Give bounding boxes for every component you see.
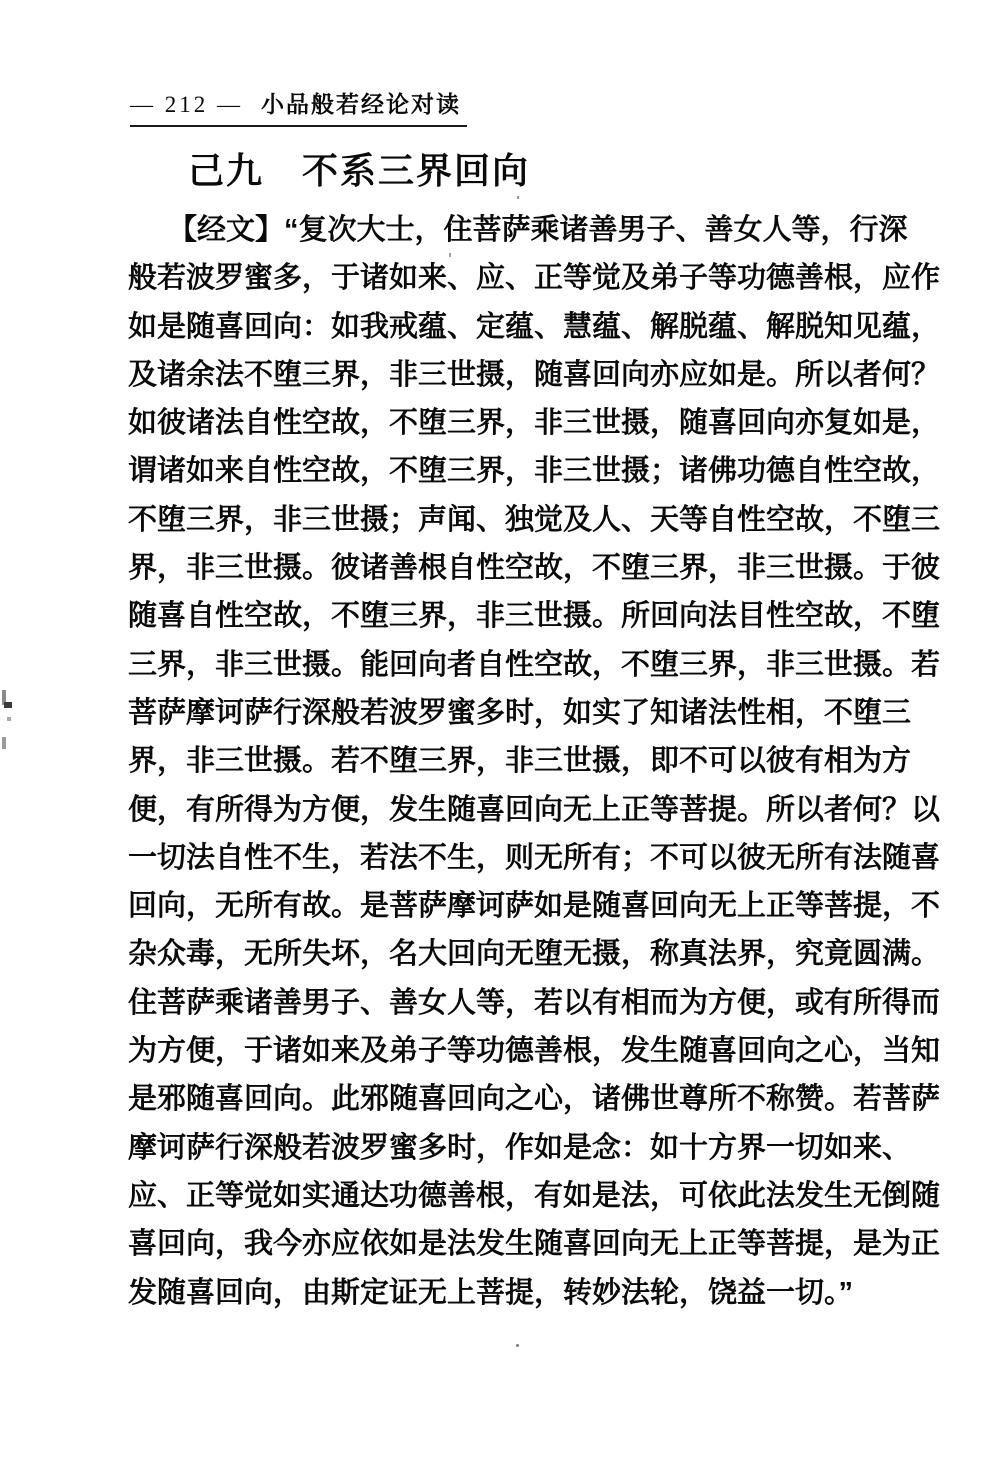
scan-artifact (7, 717, 11, 721)
page-number: — 212 — (130, 92, 243, 117)
text-line: 杂众毒，无所失坏，名大回向无堕无摄，称真法界，究竟圆满。 (128, 930, 885, 978)
text-line: 般若波罗蜜多，于诸如来、应、正等觉及弟子等功德善根，应作 (128, 254, 885, 302)
text-line: 应、正等觉如实通达功德善根，有如是法，可依此法发生无倒随 (128, 1172, 885, 1220)
text-line: 【经文】“复次大士，住菩萨乘诸善男子、善女人等，行深 (128, 206, 885, 254)
scan-artifact (4, 702, 12, 708)
text-line: 一切法自性不生，若法不生，则无所有；不可以彼无所有法随喜 (128, 834, 885, 882)
text-line: 三界，非三世摄。能回向者自性空故，不堕三界，非三世摄。若 (128, 641, 885, 689)
text-line: 摩诃萨行深般若波罗蜜多时，作如是念：如十方界一切如来、 (128, 1124, 885, 1172)
text-line: 随喜自性空故，不堕三界，非三世摄。所回向法目性空故，不堕 (128, 592, 885, 640)
text-line: 不堕三界，非三世摄；声闻、独觉及人、天等自性空故，不堕三 (128, 496, 885, 544)
text-line: 菩萨摩诃萨行深般若波罗蜜多时，如实了知诸法性相，不堕三 (128, 689, 885, 737)
text-line: 便，有所得为方便，发生随喜回向无上正等菩提。所以者何？以 (128, 786, 885, 834)
text-line: 界，非三世摄。彼诸善根自性空故，不堕三界，非三世摄。于彼 (128, 544, 885, 592)
text-line: 为方便，于诸如来及弟子等功德善根，发生随喜回向之心，当知 (128, 1027, 885, 1075)
scanned-book-page: — 212 —小品般若经论对读 己九 不系三界回向 【经文】“复次大士，住菩萨乘… (0, 0, 982, 1458)
text-line: 如是随喜回向：如我戒蕴、定蕴、慧蕴、解脱蕴、解脱知见蕴， (128, 303, 885, 351)
page-header: — 212 —小品般若经论对读 (130, 91, 467, 127)
text-line: 回向，无所有故。是菩萨摩诃萨如是随喜回向无上正等菩提，不 (128, 882, 885, 930)
scan-artifact (2, 737, 6, 749)
text-line: 住菩萨乘诸善男子、善女人等，若以有相而为方便，或有所得而 (128, 979, 885, 1027)
text-line: 发随喜回向，由斯定证无上菩提，转妙法轮，饶益一切。” (128, 1269, 885, 1317)
section-title: 己九 不系三界回向 (188, 150, 530, 192)
text-line: 如彼诸法自性空故，不堕三界，非三世摄，随喜回向亦复如是， (128, 399, 885, 447)
text-line: 谓诸如来自性空故，不堕三界，非三世摄；诸佛功德自性空故， (128, 447, 885, 495)
scan-artifact (517, 196, 519, 199)
text-line: 及诸余法不堕三界，非三世摄，随喜回向亦应如是。所以者何？ (128, 351, 885, 399)
text-line: 是邪随喜回向。此邪随喜回向之心，诸佛世尊所不称赞。若菩萨 (128, 1075, 885, 1123)
text-line: 界，非三世摄。若不堕三界，非三世摄，即不可以彼有相为方 (128, 737, 885, 785)
sutra-text-block: 【经文】“复次大士，住菩萨乘诸善男子、善女人等，行深 般若波罗蜜多，于诸如来、应… (128, 206, 885, 1317)
text-line: 喜回向，我今亦应依如是法发生随喜回向无上正等菩提，是为正 (128, 1220, 885, 1268)
scan-artifact (516, 1344, 519, 1347)
book-title: 小品般若经论对读 (261, 92, 461, 117)
scan-artifact (449, 253, 451, 257)
